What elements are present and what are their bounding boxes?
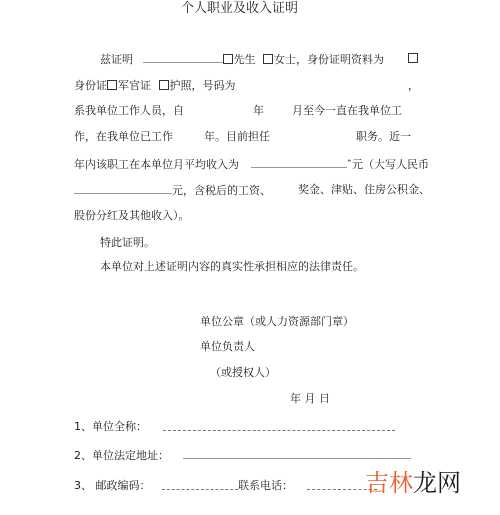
certify-prefix: 兹证明	[100, 53, 133, 66]
income-includes: 元，含税后的工资、	[172, 184, 271, 197]
label-passport: 护照，号码为	[170, 79, 236, 92]
checkbox-id-wrap	[408, 52, 419, 66]
watermark-part-1: 吉林	[365, 469, 413, 497]
para-line-2: 身份证军官证 护照，号码为	[74, 79, 236, 93]
para-line-3b: 月至今一直在我单位工	[292, 104, 402, 118]
para-line-3a: 系我单位工作人员，自	[74, 104, 184, 118]
watermark-logo: 吉林龙网	[365, 470, 461, 496]
field-company-address-label: 2、单位法定地址：	[74, 449, 169, 462]
field-postcode-label: 3、 邮政编码：	[74, 479, 151, 492]
income-suffix: ˆ元（大写人民币	[347, 158, 430, 171]
checkbox-passport[interactable]	[159, 80, 169, 90]
name-blank	[143, 52, 223, 63]
income-uppercase-blank	[74, 183, 172, 194]
para-line-5: 年内该职工在本单位月平均收入为 ˆ元（大写人民币	[74, 157, 429, 172]
field-contact: 3、 邮政编码： 联系电话：	[74, 479, 377, 493]
label-id-card: 身份证	[74, 79, 107, 92]
field-company-address: 2、单位法定地址：	[74, 449, 411, 463]
para-line-1: 兹证明 先生 女士，身份证明资料为	[100, 52, 384, 67]
field-company-name: 1、单位全称：	[74, 420, 395, 434]
line2-comma: ，	[408, 79, 419, 93]
checkbox-ms[interactable]	[263, 54, 273, 64]
checkbox-id-card[interactable]	[408, 53, 418, 63]
para-line-3-year: 年	[253, 104, 264, 118]
field-company-name-line[interactable]	[163, 423, 395, 431]
para-line-6b: 奖金、津贴、住房公积金、	[298, 183, 430, 197]
field-company-name-label: 1、单位全称：	[74, 420, 147, 433]
date-label: 年 月 日	[290, 392, 330, 406]
para-line-4a: 作，在我单位已工作	[74, 130, 173, 144]
para-line-7: 股份分红及其他收入）。	[74, 209, 190, 223]
company-head-label: 单位负责人	[200, 340, 255, 354]
income-amount-blank	[251, 157, 347, 168]
checkbox-officer[interactable]	[107, 80, 117, 90]
authorized-label: （或授权人）	[210, 366, 276, 380]
label-ms: 女士，身份证明资料为	[274, 53, 384, 66]
company-seal-label: 单位公章（或人力资源部门章）	[200, 315, 354, 329]
para-line-4b: 职务。近一	[356, 130, 411, 144]
checkbox-mr[interactable]	[223, 54, 233, 64]
watermark-part-2: 龙网	[413, 469, 461, 497]
label-mr: 先生	[234, 53, 256, 66]
para-line-6: 元，含税后的工资、	[74, 183, 271, 198]
document-title: 个人职业及收入证明	[181, 2, 298, 16]
field-company-address-line[interactable]	[183, 451, 411, 459]
closing-text: 特此证明。	[100, 236, 155, 250]
para-line-4-year: 年。目前担任	[204, 130, 270, 144]
income-label: 年内该职工在本单位月平均收入为	[74, 158, 239, 171]
field-phone-label: 联系电话：	[238, 479, 293, 492]
label-officer: 军官证	[118, 79, 151, 92]
field-postcode-line[interactable]	[162, 482, 238, 490]
liability-text: 本单位对上述证明内容的真实性承担相应的法律责任。	[100, 260, 364, 274]
